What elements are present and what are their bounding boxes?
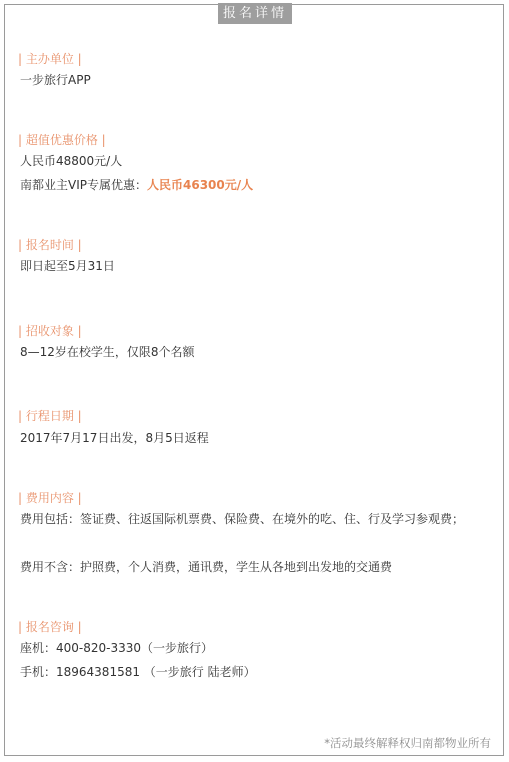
fees-excluded: 费用不含：护照费，个人消费，通讯费，学生从各地到出发地的交通费 [20, 558, 392, 575]
price-vip: 南都业主VIP专属优惠：人民币46300元/人 [20, 176, 253, 193]
vip-price: 人民币46300元/人 [147, 178, 253, 192]
section-title-itinerary: | 行程日期 | [18, 407, 82, 424]
section-title-audience: | 招收对象 | [18, 322, 82, 339]
section-title-contact: | 报名咨询 | [18, 618, 82, 635]
section-title-price: | 超值优惠价格 | [18, 131, 106, 148]
section-title-fees: | 费用内容 | [18, 489, 82, 506]
section-title-organizer: | 主办单位 | [18, 50, 82, 67]
vip-label: 南都业主VIP专属优惠： [20, 178, 147, 192]
itinerary-value: 2017年7月17日出发，8月5日返程 [20, 429, 209, 446]
header-title: 报名详情 [218, 3, 292, 24]
section-title-signup-time: | 报名时间 | [18, 236, 82, 253]
signup-time-value: 即日起至5月31日 [20, 257, 115, 274]
audience-value: 8—12岁在校学生，仅限8个名额 [20, 343, 195, 360]
fees-included: 费用包括：签证费、往返国际机票费、保险费、在境外的吃、住、行及学习参观费； [20, 510, 464, 527]
contact-mobile: 手机：18964381581 （一步旅行 陆老师） [20, 663, 256, 680]
price-regular: 人民币48800元/人 [20, 152, 122, 169]
footer-disclaimer: *活动最终解释权归南都物业所有 [324, 735, 491, 751]
organizer-value: 一步旅行APP [20, 71, 91, 88]
contact-landline: 座机：400-820-3330（一步旅行） [20, 639, 213, 656]
